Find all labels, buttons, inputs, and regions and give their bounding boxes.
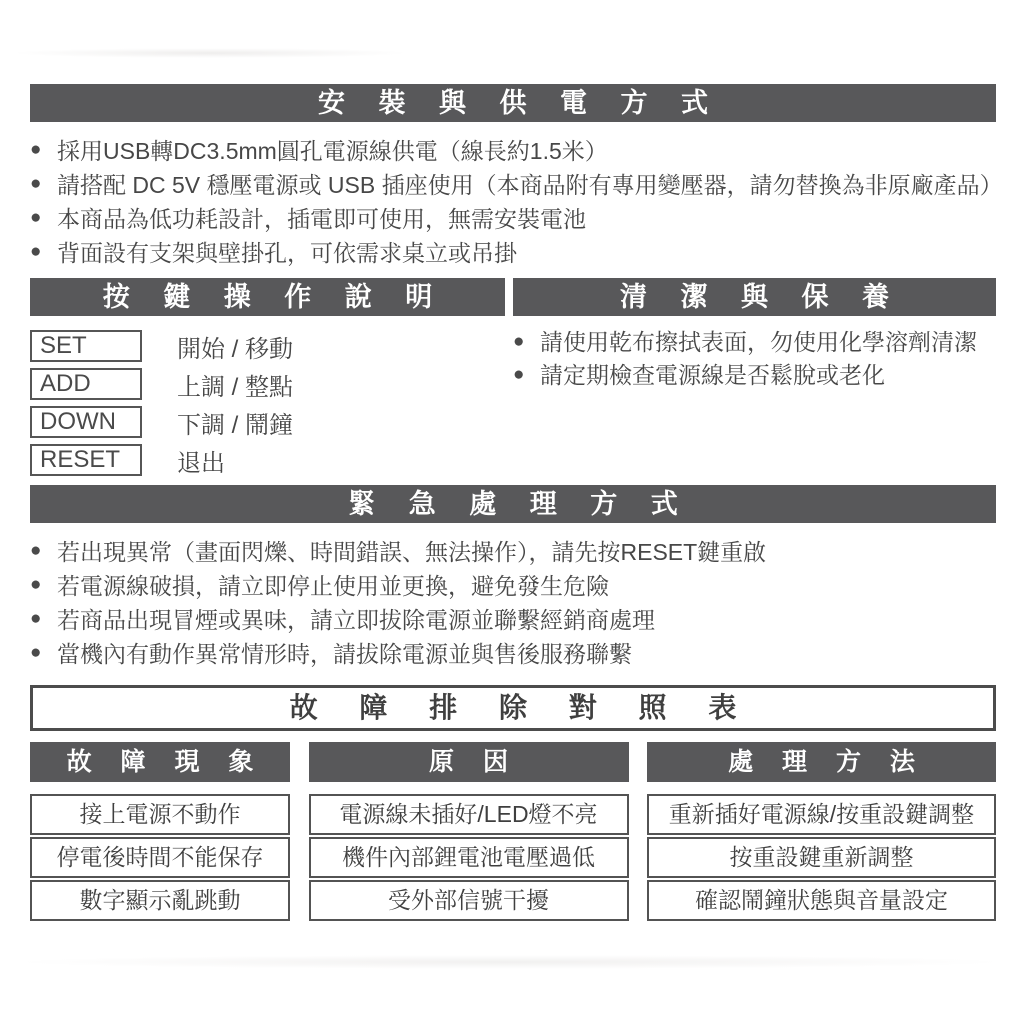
section-header-buttons: 按 鍵 操 作 說 明 <box>30 278 505 316</box>
key-row-down: DOWN 下調 / 鬧鐘 <box>30 403 505 441</box>
list-item: ● 請搭配 DC 5V 穩壓電源或 USB 插座使用（本商品附有專用變壓器，請勿… <box>30 168 996 202</box>
list-item: ● 本商品為低功耗設計，插電即可使用，無需安裝電池 <box>30 202 996 236</box>
section-header-cleaning: 清 潔 與 保 養 <box>513 278 996 316</box>
table-cell: 機件內部鋰電池電壓過低 <box>309 837 629 878</box>
bullet-text: 請定期檢查電源線是否鬆脫或老化 <box>540 362 885 388</box>
list-item: ● 當機內有動作異常情形時，請拔除電源並與售後服務聯繫 <box>30 637 996 671</box>
bullet-text: 請使用乾布擦拭表面，勿使用化學溶劑清潔 <box>540 329 977 355</box>
bullet-icon: ● <box>30 235 41 269</box>
table-column-cause: 原 因 電源線未插好/LED燈不亮 機件內部鋰電池電壓過低 受外部信號干擾 <box>309 742 629 923</box>
bullet-text: 若電源線破損，請立即停止使用並更換，避免發生危險 <box>57 573 609 599</box>
troubleshooting-title: 故 障 排 除 對 照 表 <box>290 692 754 723</box>
list-item: ● 請定期檢查電源線是否鬆脫或老化 <box>513 359 996 392</box>
key-description: 下調 / 鬧鐘 <box>177 405 293 440</box>
bullet-icon: ● <box>30 636 41 670</box>
section-header-emergency: 緊 急 處 理 方 式 <box>30 485 996 523</box>
section-title-emergency: 緊 急 處 理 方 式 <box>348 489 691 519</box>
list-item: ● 採用USB轉DC3.5mm圓孔電源線供電（線長約1.5米） <box>30 134 996 168</box>
bullet-icon: ● <box>513 358 524 391</box>
bullet-text: 背面設有支架與壁掛孔，可依需求桌立或吊掛 <box>57 240 517 266</box>
key-label-box: RESET <box>30 444 142 476</box>
section-header-power: 安 裝 與 供 電 方 式 <box>30 84 996 122</box>
section-title-power: 安 裝 與 供 電 方 式 <box>318 88 721 118</box>
key-row-reset: RESET 退出 <box>30 441 505 479</box>
manual-page: 安 裝 與 供 電 方 式 ● 採用USB轉DC3.5mm圓孔電源線供電（線長約… <box>0 0 1024 923</box>
scan-smudge-bottom <box>10 955 1010 969</box>
bullet-text: 當機內有動作異常情形時，請拔除電源並與售後服務聯繫 <box>57 641 632 667</box>
troubleshooting-title-box: 故 障 排 除 對 照 表 <box>30 685 996 731</box>
emergency-bullet-list: ● 若出現異常（畫面閃爍、時間錯誤、無法操作），請先按RESET鍵重啟 ● 若電… <box>30 535 996 671</box>
key-label-box: SET <box>30 330 142 362</box>
column-header: 處 理 方 法 <box>647 742 996 782</box>
key-legend: SET 開始 / 移動 ADD 上調 / 整點 DOWN 下調 / 鬧鐘 RES… <box>30 327 505 479</box>
table-cell: 電源線未插好/LED燈不亮 <box>309 794 629 835</box>
list-item: ● 若電源線破損，請立即停止使用並更換，避免發生危險 <box>30 569 996 603</box>
power-bullet-list: ● 採用USB轉DC3.5mm圓孔電源線供電（線長約1.5米） ● 請搭配 DC… <box>30 134 996 270</box>
bullet-icon: ● <box>30 201 41 235</box>
key-description: 上調 / 整點 <box>177 367 293 402</box>
cleaning-column: 清 潔 與 保 養 ● 請使用乾布擦拭表面，勿使用化學溶劑清潔 ● 請定期檢查電… <box>513 278 996 479</box>
bullet-text: 若商品出現冒煙或異味，請立即拔除電源並聯繫經銷商處理 <box>57 607 655 633</box>
section-title-buttons: 按 鍵 操 作 說 明 <box>103 282 446 312</box>
table-column-solution: 處 理 方 法 重新插好電源線/按重設鍵調整 按重設鍵重新調整 確認鬧鐘狀態與音… <box>647 742 996 923</box>
list-item: ● 請使用乾布擦拭表面，勿使用化學溶劑清潔 <box>513 326 996 359</box>
key-description: 退出 <box>177 443 225 478</box>
list-item: ● 背面設有支架與壁掛孔，可依需求桌立或吊掛 <box>30 236 996 270</box>
bullet-icon: ● <box>30 167 41 201</box>
section-title-cleaning: 清 潔 與 保 養 <box>620 282 902 312</box>
two-column-zone: 按 鍵 操 作 說 明 SET 開始 / 移動 ADD 上調 / 整點 DOWN… <box>30 278 996 479</box>
bullet-icon: ● <box>30 602 41 636</box>
bullet-icon: ● <box>30 133 41 167</box>
column-header: 原 因 <box>309 742 629 782</box>
table-cell: 停電後時間不能保存 <box>30 837 290 878</box>
table-cell: 確認鬧鐘狀態與音量設定 <box>647 880 996 921</box>
key-row-set: SET 開始 / 移動 <box>30 327 505 365</box>
bullet-text: 若出現異常（畫面閃爍、時間錯誤、無法操作），請先按RESET鍵重啟 <box>57 539 766 565</box>
column-header: 故 障 現 象 <box>30 742 290 782</box>
key-label-box: DOWN <box>30 406 142 438</box>
key-row-add: ADD 上調 / 整點 <box>30 365 505 403</box>
scan-smudge-top <box>10 48 410 58</box>
bullet-icon: ● <box>30 534 41 568</box>
list-item: ● 若出現異常（畫面閃爍、時間錯誤、無法操作），請先按RESET鍵重啟 <box>30 535 996 569</box>
list-item: ● 若商品出現冒煙或異味，請立即拔除電源並聯繫經銷商處理 <box>30 603 996 637</box>
table-cell: 數字顯示亂跳動 <box>30 880 290 921</box>
bullet-text: 本商品為低功耗設計，插電即可使用，無需安裝電池 <box>57 206 586 232</box>
troubleshooting-table: 故 障 現 象 接上電源不動作 停電後時間不能保存 數字顯示亂跳動 原 因 電源… <box>30 742 996 923</box>
table-cell: 按重設鍵重新調整 <box>647 837 996 878</box>
bullet-icon: ● <box>513 325 524 358</box>
table-cell: 接上電源不動作 <box>30 794 290 835</box>
table-column-symptom: 故 障 現 象 接上電源不動作 停電後時間不能保存 數字顯示亂跳動 <box>30 742 290 923</box>
table-cell: 受外部信號干擾 <box>309 880 629 921</box>
button-operation-column: 按 鍵 操 作 說 明 SET 開始 / 移動 ADD 上調 / 整點 DOWN… <box>30 278 505 479</box>
table-cell: 重新插好電源線/按重設鍵調整 <box>647 794 996 835</box>
bullet-icon: ● <box>30 568 41 602</box>
bullet-text: 請搭配 DC 5V 穩壓電源或 USB 插座使用（本商品附有專用變壓器，請勿替換… <box>57 172 1003 198</box>
key-label-box: ADD <box>30 368 142 400</box>
cleaning-bullet-list: ● 請使用乾布擦拭表面，勿使用化學溶劑清潔 ● 請定期檢查電源線是否鬆脫或老化 <box>513 326 996 392</box>
bullet-text: 採用USB轉DC3.5mm圓孔電源線供電（線長約1.5米） <box>57 138 608 164</box>
key-description: 開始 / 移動 <box>177 329 293 364</box>
